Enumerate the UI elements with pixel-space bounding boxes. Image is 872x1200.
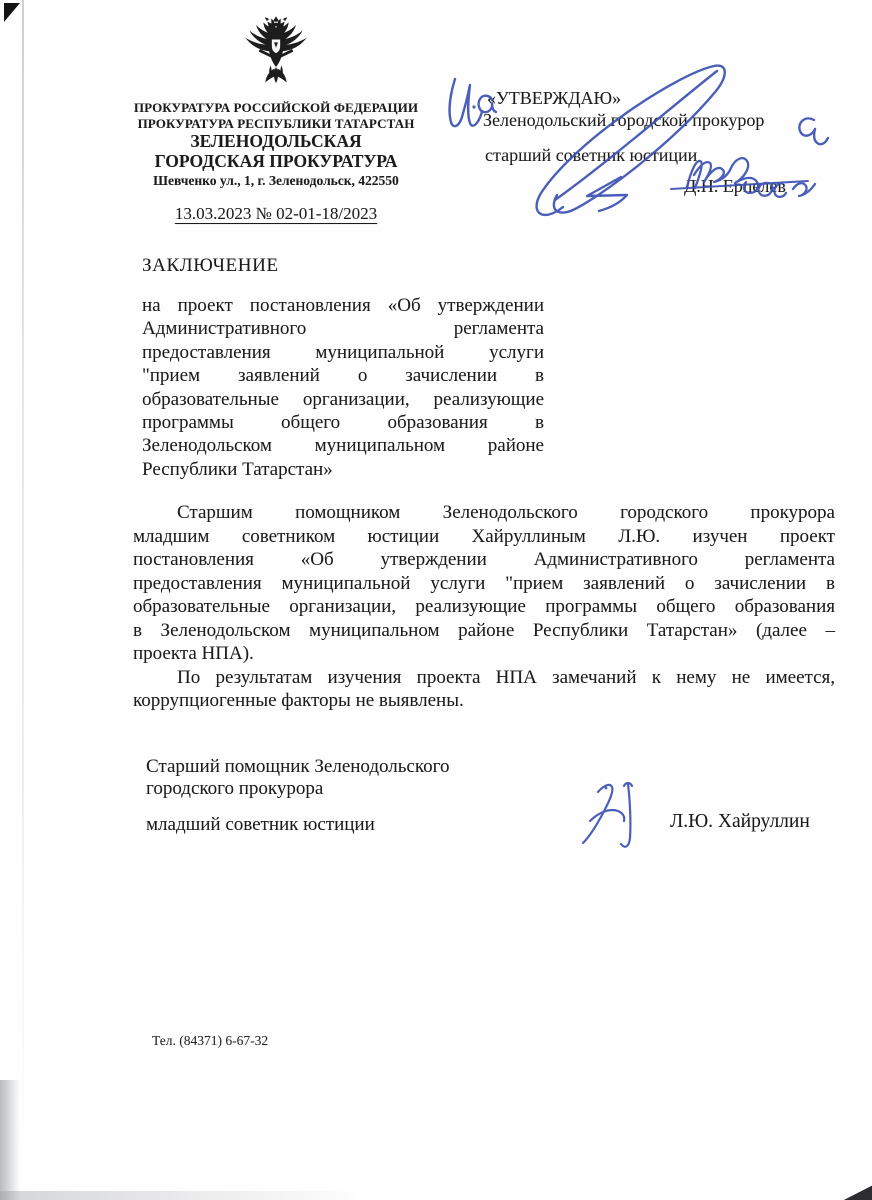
text-line: коррупциогенные факторы не выявлены. [133,689,835,713]
scan-page-edge-line [22,0,24,1155]
approval-stamp: «УТВЕРЖДАЮ» [487,88,621,109]
document-subject: на проект постановления «Об утвержденииА… [142,294,544,481]
scan-shadow-bottom-left [0,1080,20,1200]
org-name-line1: ЗЕЛЕНОДОЛЬСКАЯ [118,131,434,151]
signatory-signature-scribble [576,776,658,868]
approver-rank: старший советник юстиции [485,145,697,166]
document-date-number: 13.03.2023 № 02-01-18/2023 [175,204,377,224]
text-line: образовательные организации, реализующие… [133,595,835,619]
text-line: младшим советником юстиции Хайруллиным Л… [133,525,835,549]
text-line: Административного регламента [142,317,544,340]
coat-of-arms-eagle-icon [236,10,316,96]
text-line: "прием заявлений о зачислении в [142,364,544,387]
text-line: образовательные организации, реализующие [142,388,544,411]
handwritten-gender-suffix [799,118,828,144]
text-line: Старшим помощником Зеленодольского город… [133,501,835,525]
signatory-rank: младший советник юстиции [146,814,375,836]
body-paragraph: По результатам изучения проекта НПА заме… [133,666,835,713]
signatory-position-line2: городского прокурора [146,778,323,800]
body-paragraph: Старшим помощником Зеленодольского город… [133,501,835,666]
scanned-document-page: ПРОКУРАТУРА РОССИЙСКОЙ ФЕДЕРАЦИИ ПРОКУРА… [0,0,872,1200]
text-line: в Зеленодольском муниципальном районе Ре… [133,619,835,643]
approver-name: Д.Н. Ерпелев [684,176,786,197]
text-line: программы общего образования в [142,411,544,434]
text-line: Республики Татарстан» [142,458,544,481]
text-line: предоставления муниципальной услуги [142,341,544,364]
org-republic-line: ПРОКУРАТУРА РЕСПУБЛИКИ ТАТАРСТАН [118,116,434,132]
text-line: постановления «Об утверждении Администра… [133,548,835,572]
org-name-line2: ГОРОДСКАЯ ПРОКУРАТУРА [118,151,434,171]
document-title: ЗАКЛЮЧЕНИЕ [142,255,279,277]
org-federation-line: ПРОКУРАТУРА РОССИЙСКОЙ ФЕДЕРАЦИИ [118,100,434,116]
footer-phone: Тел. (84371) 6-67-32 [152,1033,268,1049]
text-line: на проект постановления «Об утверждении [142,294,544,317]
text-line: По результатам изучения проекта НПА заме… [133,666,835,690]
letterhead: ПРОКУРАТУРА РОССИЙСКОЙ ФЕДЕРАЦИИ ПРОКУРА… [118,10,434,224]
signatory-name: Л.Ю. Хайруллин [670,811,810,833]
document-body: Старшим помощником Зеленодольского город… [133,501,835,713]
text-line: проекта НПА). [133,642,835,666]
scan-dark-corner-bottom-right [842,1184,872,1200]
signatory-position-line1: Старший помощник Зеленодольского [146,756,449,778]
approver-position: Зеленодольский городской прокурор [483,110,764,131]
text-line: предоставления муниципальной услуги "при… [133,572,835,596]
org-address: Шевченко ул., 1, г. Зеленодольск, 422550 [118,173,434,189]
text-line: Зеленодольском муниципальном районе [142,434,544,457]
scan-corner-fold-top-left [4,3,20,22]
